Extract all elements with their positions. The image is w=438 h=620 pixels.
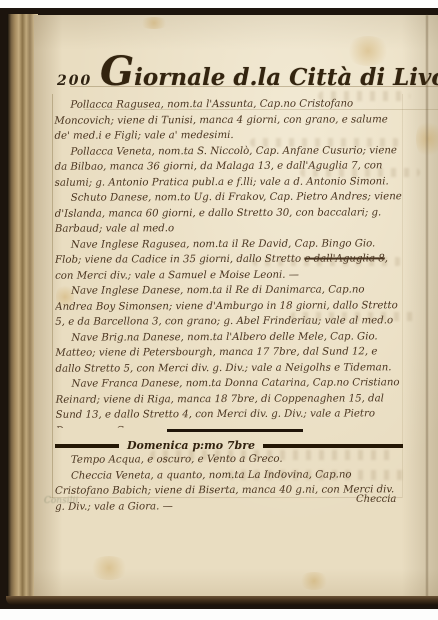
page-crease xyxy=(426,15,428,598)
weather-line: Tempo Acqua, e oscuro, e Vento a Greco. xyxy=(55,451,405,468)
cancelled-text: e dall'Aguglia 8 xyxy=(304,253,385,264)
scanner-band-bottom xyxy=(0,609,438,620)
entry-paragraph: Nave Brig.na Danese, nom.ta l'Albero del… xyxy=(55,329,403,377)
divider-bar xyxy=(167,429,303,432)
entry-paragraph: Schuto Danese, nom.to Ug. di Frakov, Cap… xyxy=(55,189,403,237)
section-header: Domenica p:mo 7bre xyxy=(119,439,263,452)
page-title: Giornale d.la Città di Livorno xyxy=(100,48,400,95)
entry-paragraph: Nave Inglese Danese, nom.ta il Re di Dan… xyxy=(55,282,403,330)
divider-rule xyxy=(55,444,119,448)
section-header-row: Domenica p:mo 7bre xyxy=(55,439,403,452)
book-cover-edge xyxy=(6,596,438,605)
divider-rule xyxy=(263,444,403,448)
entry-paragraph: Nave Inglese Ragusea, nom.ta il Re David… xyxy=(55,236,403,284)
entry-paragraph: Pollacca Ragusea, nom.ta l'Assunta, Cap.… xyxy=(54,96,402,144)
section-entries: Tempo Acqua, e oscuro, e Vento a Greco. … xyxy=(55,451,405,515)
bleedthrough-note: Consilii xyxy=(44,496,78,506)
journal-entries: Pollacca Ragusea, nom.ta l'Assunta, Cap.… xyxy=(54,96,403,428)
scanner-band-top xyxy=(0,0,438,8)
entry-paragraph: Nave Franca Danese, nom.ta Donna Catarin… xyxy=(55,375,403,428)
catchword: Checcia xyxy=(356,494,396,505)
manuscript-scan: 200 Giornale d.la Città di Livorno Polla… xyxy=(0,0,438,620)
margin-rule-left xyxy=(52,94,53,498)
folio-number: 200 xyxy=(57,73,92,89)
entry-paragraph: Pollacca Veneta, nom.ta S. Niccolò, Cap.… xyxy=(54,143,402,191)
entry-paragraph: Checcia Veneta, a quanto, nom.ta La Indo… xyxy=(55,467,405,515)
